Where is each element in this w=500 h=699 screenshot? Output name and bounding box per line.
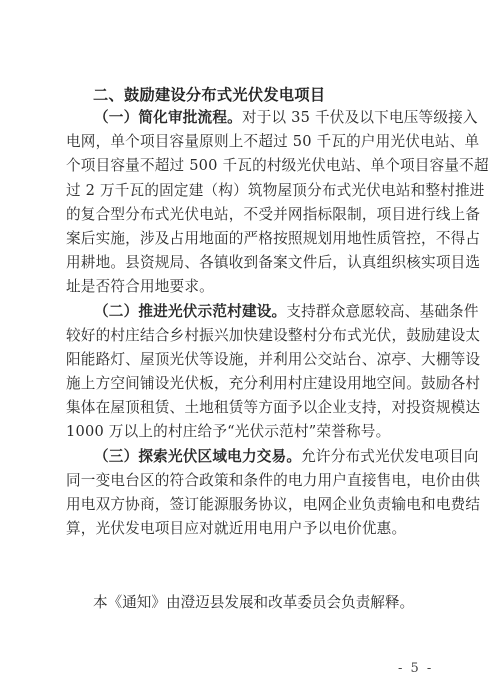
paragraph-line: （三）探索光伏区域电力交易。允许分布式光伏发电项目向 [66,445,442,469]
subsection-label: （二）推进光伏示范村建设。 [94,303,286,320]
paragraph-line: 址是否符合用地要求。 [66,275,442,299]
closing-statement: 本《通知》由澄迈县发展和改革委员会负责解释。 [93,591,414,615]
page-number: - 5 - [398,661,433,676]
paragraph-line: 较好的村庄结合乡村振兴加快建设整村分布式光伏，鼓励建设太 [66,324,442,348]
paragraph-line: 1000 万以上的村庄给予“光伏示范村”荣誉称号。 [66,420,442,444]
subsection-label: （三）探索光伏区域电力交易。 [94,448,301,465]
paragraph-line: 同一变电台区的符合政策和条件的电力用户直接售电，电价由供 [66,469,442,493]
paragraph-line: 的复合型分布式光伏电站，不受并网指标限制，项目进行线上备 [66,203,442,227]
paragraph-line: 阳能路灯、屋顶光伏等设施，并利用公交站台、凉亭、大棚等设 [66,348,442,372]
paragraph-line: 过 2 万千瓦的固定建（构）筑物屋顶分布式光伏电站和整村推进 [66,179,442,203]
document-body: （一）简化审批流程。对于以 35 千伏及以下电压等级接入 电网，单个项目容量原则… [66,106,442,541]
paragraph-line: 施上方空间铺设光伏板，充分利用村庄建设用地空间。鼓励各村 [66,372,442,396]
paragraph-line: 用耕地。县资规局、各镇收到备案文件后，认真组织核实项目选 [66,251,442,275]
subsection-label: （一）简化审批流程。 [94,109,242,126]
paragraph-line: 电网，单个项目容量原则上不超过 50 千瓦的户用光伏电站、单 [66,130,442,154]
paragraph-line: 用电双方协商，签订能源服务协议，电网企业负责输电和电费结 [66,493,442,517]
section-heading: 二、鼓励建设分布式光伏发电项目 [93,84,453,106]
paragraph-line: （一）简化审批流程。对于以 35 千伏及以下电压等级接入 [66,106,442,130]
paragraph-line: （二）推进光伏示范村建设。支持群众意愿较高、基础条件 [66,300,442,324]
paragraph-line: 算，光伏发电项目应对就近用电用户予以电价优惠。 [66,517,442,541]
paragraph-line: 个项目容量不超过 500 千瓦的村级光伏电站、单个项目容量不超 [66,154,442,178]
paragraph-line: 案后实施，涉及占用地面的严格按照规划用地性质管控，不得占 [66,227,442,251]
paragraph-line: 集体在屋顶租赁、土地租赁等方面予以企业支持，对投资规模达 [66,396,442,420]
document-page: 二、鼓励建设分布式光伏发电项目 （一）简化审批流程。对于以 35 千伏及以下电压… [0,0,500,699]
